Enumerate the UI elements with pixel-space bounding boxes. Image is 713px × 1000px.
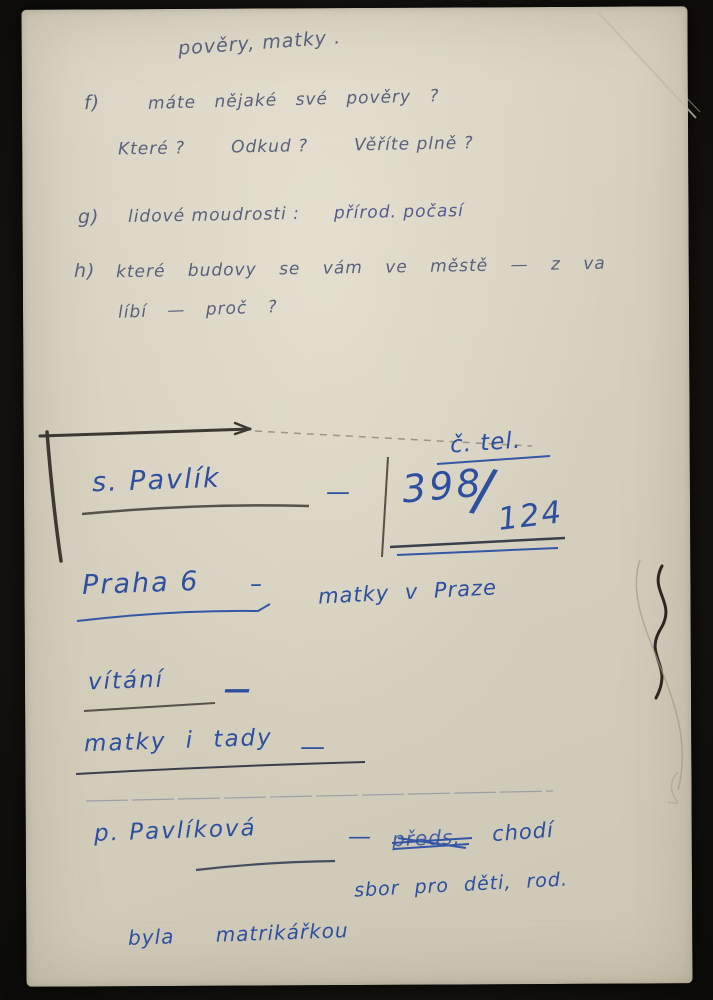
- question-g-part1: lidové moudrosti :: [128, 204, 300, 227]
- pavlikova-dash: —: [348, 824, 372, 850]
- pavlikova-word: chodí: [491, 818, 554, 846]
- question-g-marker: g): [78, 206, 99, 228]
- praha-place: Praha 6: [81, 566, 199, 601]
- vitani-label: vítání: [88, 667, 165, 696]
- contact-dash: —: [326, 478, 351, 506]
- subquestion-odkud: Odkud ?: [231, 136, 308, 157]
- tel-label: č. tel.: [449, 428, 522, 459]
- pavlikova-line3-word1: byla: [128, 924, 175, 950]
- pavlikova-line3-word2: matrikářkou: [215, 918, 349, 947]
- vitani-dash: —: [224, 674, 252, 705]
- question-g-part2: přírod. počasí: [334, 201, 464, 223]
- question-h-marker: h): [74, 260, 95, 282]
- praha-dash: –: [250, 570, 263, 598]
- contact-name: s. Pavlík: [91, 463, 221, 498]
- subquestion-ktere: Které ?: [118, 138, 185, 159]
- question-f-marker: f): [84, 92, 101, 115]
- matky-tady-dash: —: [300, 732, 326, 761]
- subquestion-verite: Věříte plně ?: [354, 133, 474, 155]
- photo-background: pověry, matky . f) máte nějaké své pověr…: [0, 0, 713, 1000]
- pavlikova-crossed-word: předs.: [392, 825, 461, 851]
